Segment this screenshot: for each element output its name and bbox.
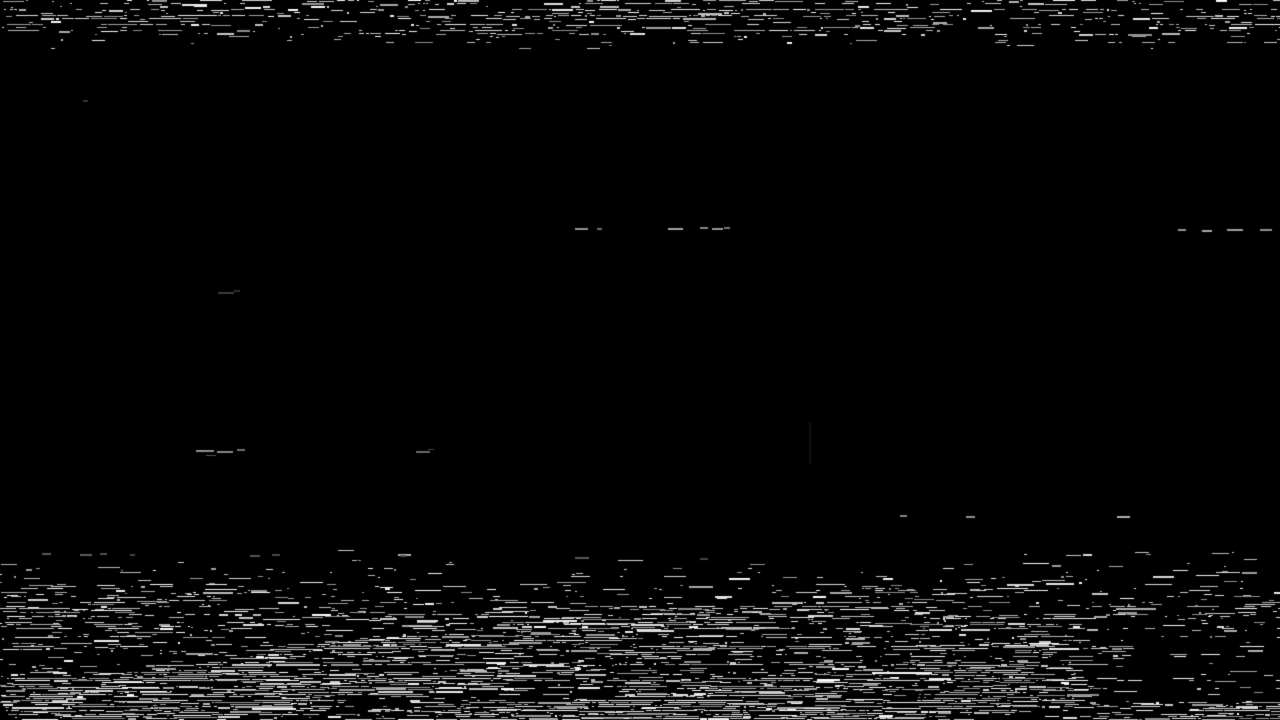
static-noise-canvas [0,0,1280,720]
video-static-frame [0,0,1280,720]
